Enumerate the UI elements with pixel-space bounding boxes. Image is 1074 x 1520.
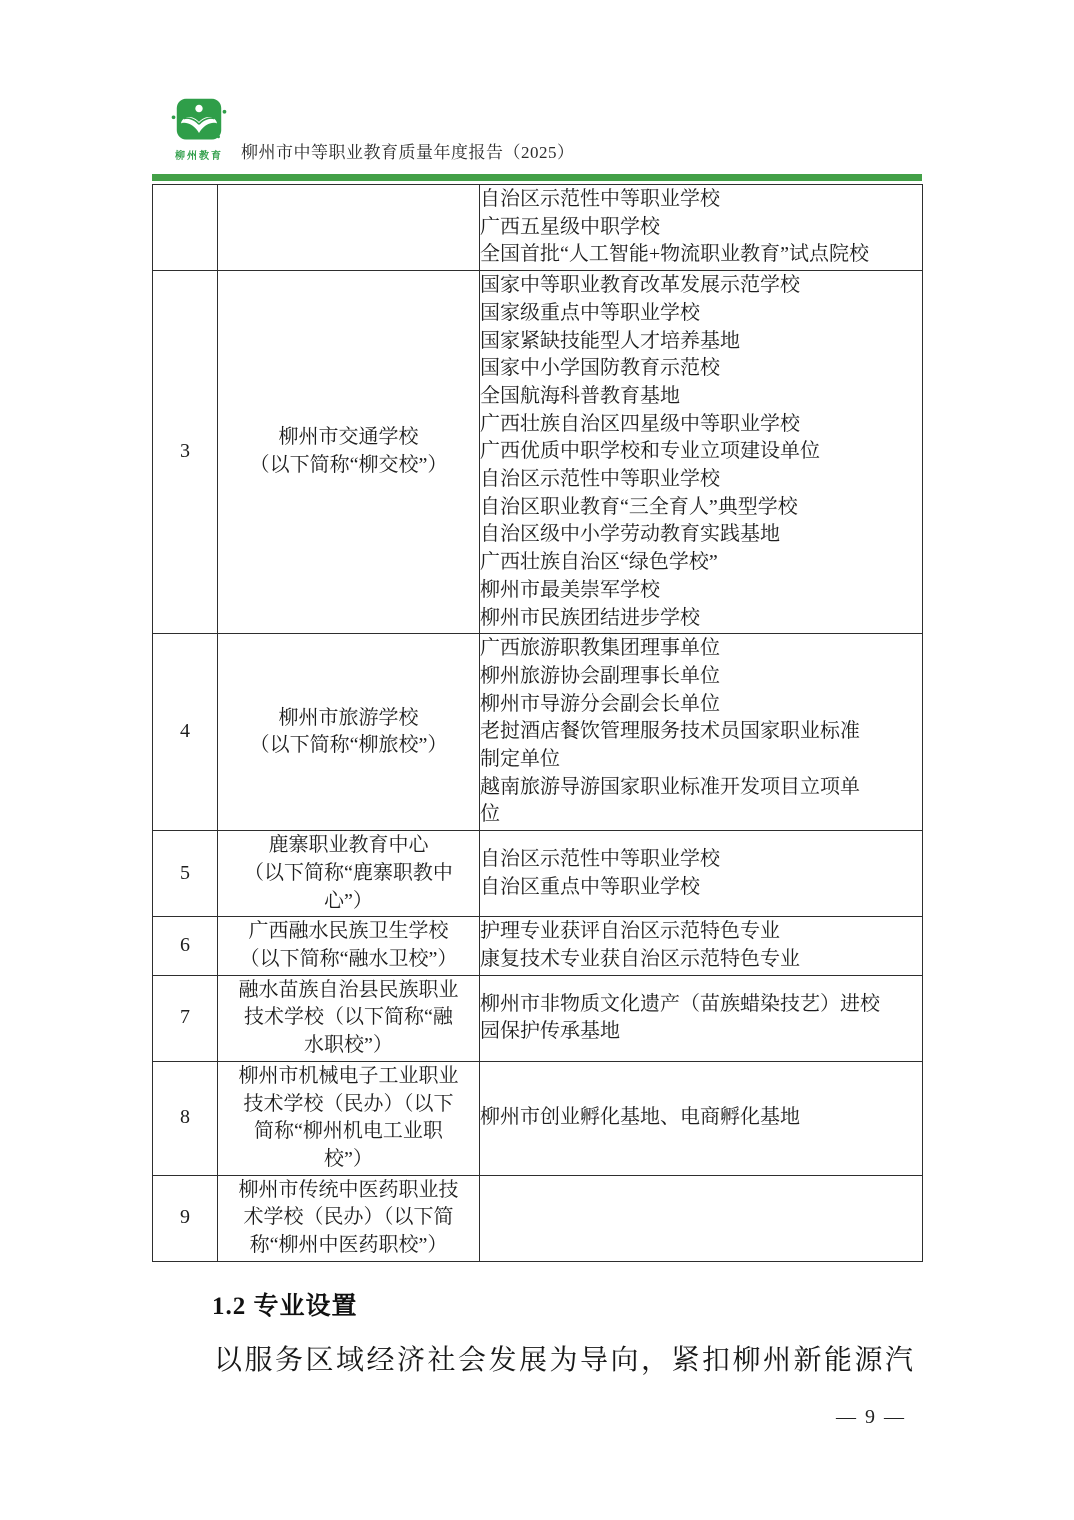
school-honors: 国家中等职业教育改革发展示范学校 国家级重点中等职业学校 国家紧缺技能型人才培养…	[480, 271, 923, 634]
report-title: 柳州市中等职业教育质量年度报告（2025）	[241, 138, 575, 163]
body-paragraph: 以服务区域经济社会发展为导向，紧扣柳州新能源汽	[214, 1338, 926, 1378]
table-row: 3 柳州市交通学校 （以下简称“柳交校”） 国家中等职业教育改革发展示范学校 国…	[153, 271, 923, 634]
liuzhou-education-logo: 柳州教育	[164, 96, 234, 162]
school-name: 柳州市交通学校 （以下简称“柳交校”）	[218, 271, 480, 634]
table-body: 自治区示范性中等职业学校 广西五星级中职学校 全国首批“人工智能+物流职业教育”…	[153, 185, 923, 1262]
document-page: 柳州教育 柳州市中等职业教育质量年度报告（2025） 自治区示范性中等职业学校 …	[0, 0, 1074, 1520]
school-honors	[480, 1175, 923, 1261]
school-name: 广西融水民族卫生学校 （以下简称“融水卫校”）	[218, 917, 480, 975]
logo-book-icon	[170, 96, 228, 146]
school-name: 融水苗族自治县民族职业 技术学校（以下简称“融 水职校”）	[218, 975, 480, 1061]
header-divider	[152, 174, 922, 181]
table-row: 9 柳州市传统中医药职业技 术学校（民办）（以下简 称“柳州中医药职校”）	[153, 1175, 923, 1261]
table-row: 5 鹿寨职业教育中心 （以下简称“鹿寨职教中 心”） 自治区示范性中等职业学校 …	[153, 831, 923, 917]
school-honors: 广西旅游职教集团理事单位 柳州旅游协会副理事长单位 柳州市导游分会副会长单位 老…	[480, 634, 923, 831]
school-name: 柳州市旅游学校 （以下简称“柳旅校”）	[218, 634, 480, 831]
school-honors: 自治区示范性中等职业学校 自治区重点中等职业学校	[480, 831, 923, 917]
row-number: 5	[153, 831, 218, 917]
school-honors: 护理专业获评自治区示范特色专业 康复技术专业获自治区示范特色专业	[480, 917, 923, 975]
row-number: 7	[153, 975, 218, 1061]
section-heading: 1.2 专业设置	[212, 1286, 358, 1322]
table-row: 8 柳州市机械电子工业职业 技术学校（民办）（以下 简称“柳州机电工业职 校”）…	[153, 1061, 923, 1175]
row-number: 6	[153, 917, 218, 975]
school-name: 柳州市传统中医药职业技 术学校（民办）（以下简 称“柳州中医药职校”）	[218, 1175, 480, 1261]
school-name: 鹿寨职业教育中心 （以下简称“鹿寨职教中 心”）	[218, 831, 480, 917]
table-row: 4 柳州市旅游学校 （以下简称“柳旅校”） 广西旅游职教集团理事单位 柳州旅游协…	[153, 634, 923, 831]
row-number	[153, 185, 218, 271]
row-number: 3	[153, 271, 218, 634]
logo-caption: 柳州教育	[164, 147, 234, 162]
school-honors: 柳州市非物质文化遗产（苗族蜡染技艺）进校 园保护传承基地	[480, 975, 923, 1061]
row-number: 8	[153, 1061, 218, 1175]
row-number: 9	[153, 1175, 218, 1261]
school-honors: 自治区示范性中等职业学校 广西五星级中职学校 全国首批“人工智能+物流职业教育”…	[480, 185, 923, 271]
table-row: 自治区示范性中等职业学校 广西五星级中职学校 全国首批“人工智能+物流职业教育”…	[153, 185, 923, 271]
school-name	[218, 185, 480, 271]
page-number: — 9 —	[836, 1406, 906, 1429]
schools-honors-table: 自治区示范性中等职业学校 广西五星级中职学校 全国首批“人工智能+物流职业教育”…	[152, 184, 923, 1262]
school-name: 柳州市机械电子工业职业 技术学校（民办）（以下 简称“柳州机电工业职 校”）	[218, 1061, 480, 1175]
school-honors: 柳州市创业孵化基地、电商孵化基地	[480, 1061, 923, 1175]
table-row: 6 广西融水民族卫生学校 （以下简称“融水卫校”） 护理专业获评自治区示范特色专…	[153, 917, 923, 975]
row-number: 4	[153, 634, 218, 831]
table-row: 7 融水苗族自治县民族职业 技术学校（以下简称“融 水职校”） 柳州市非物质文化…	[153, 975, 923, 1061]
